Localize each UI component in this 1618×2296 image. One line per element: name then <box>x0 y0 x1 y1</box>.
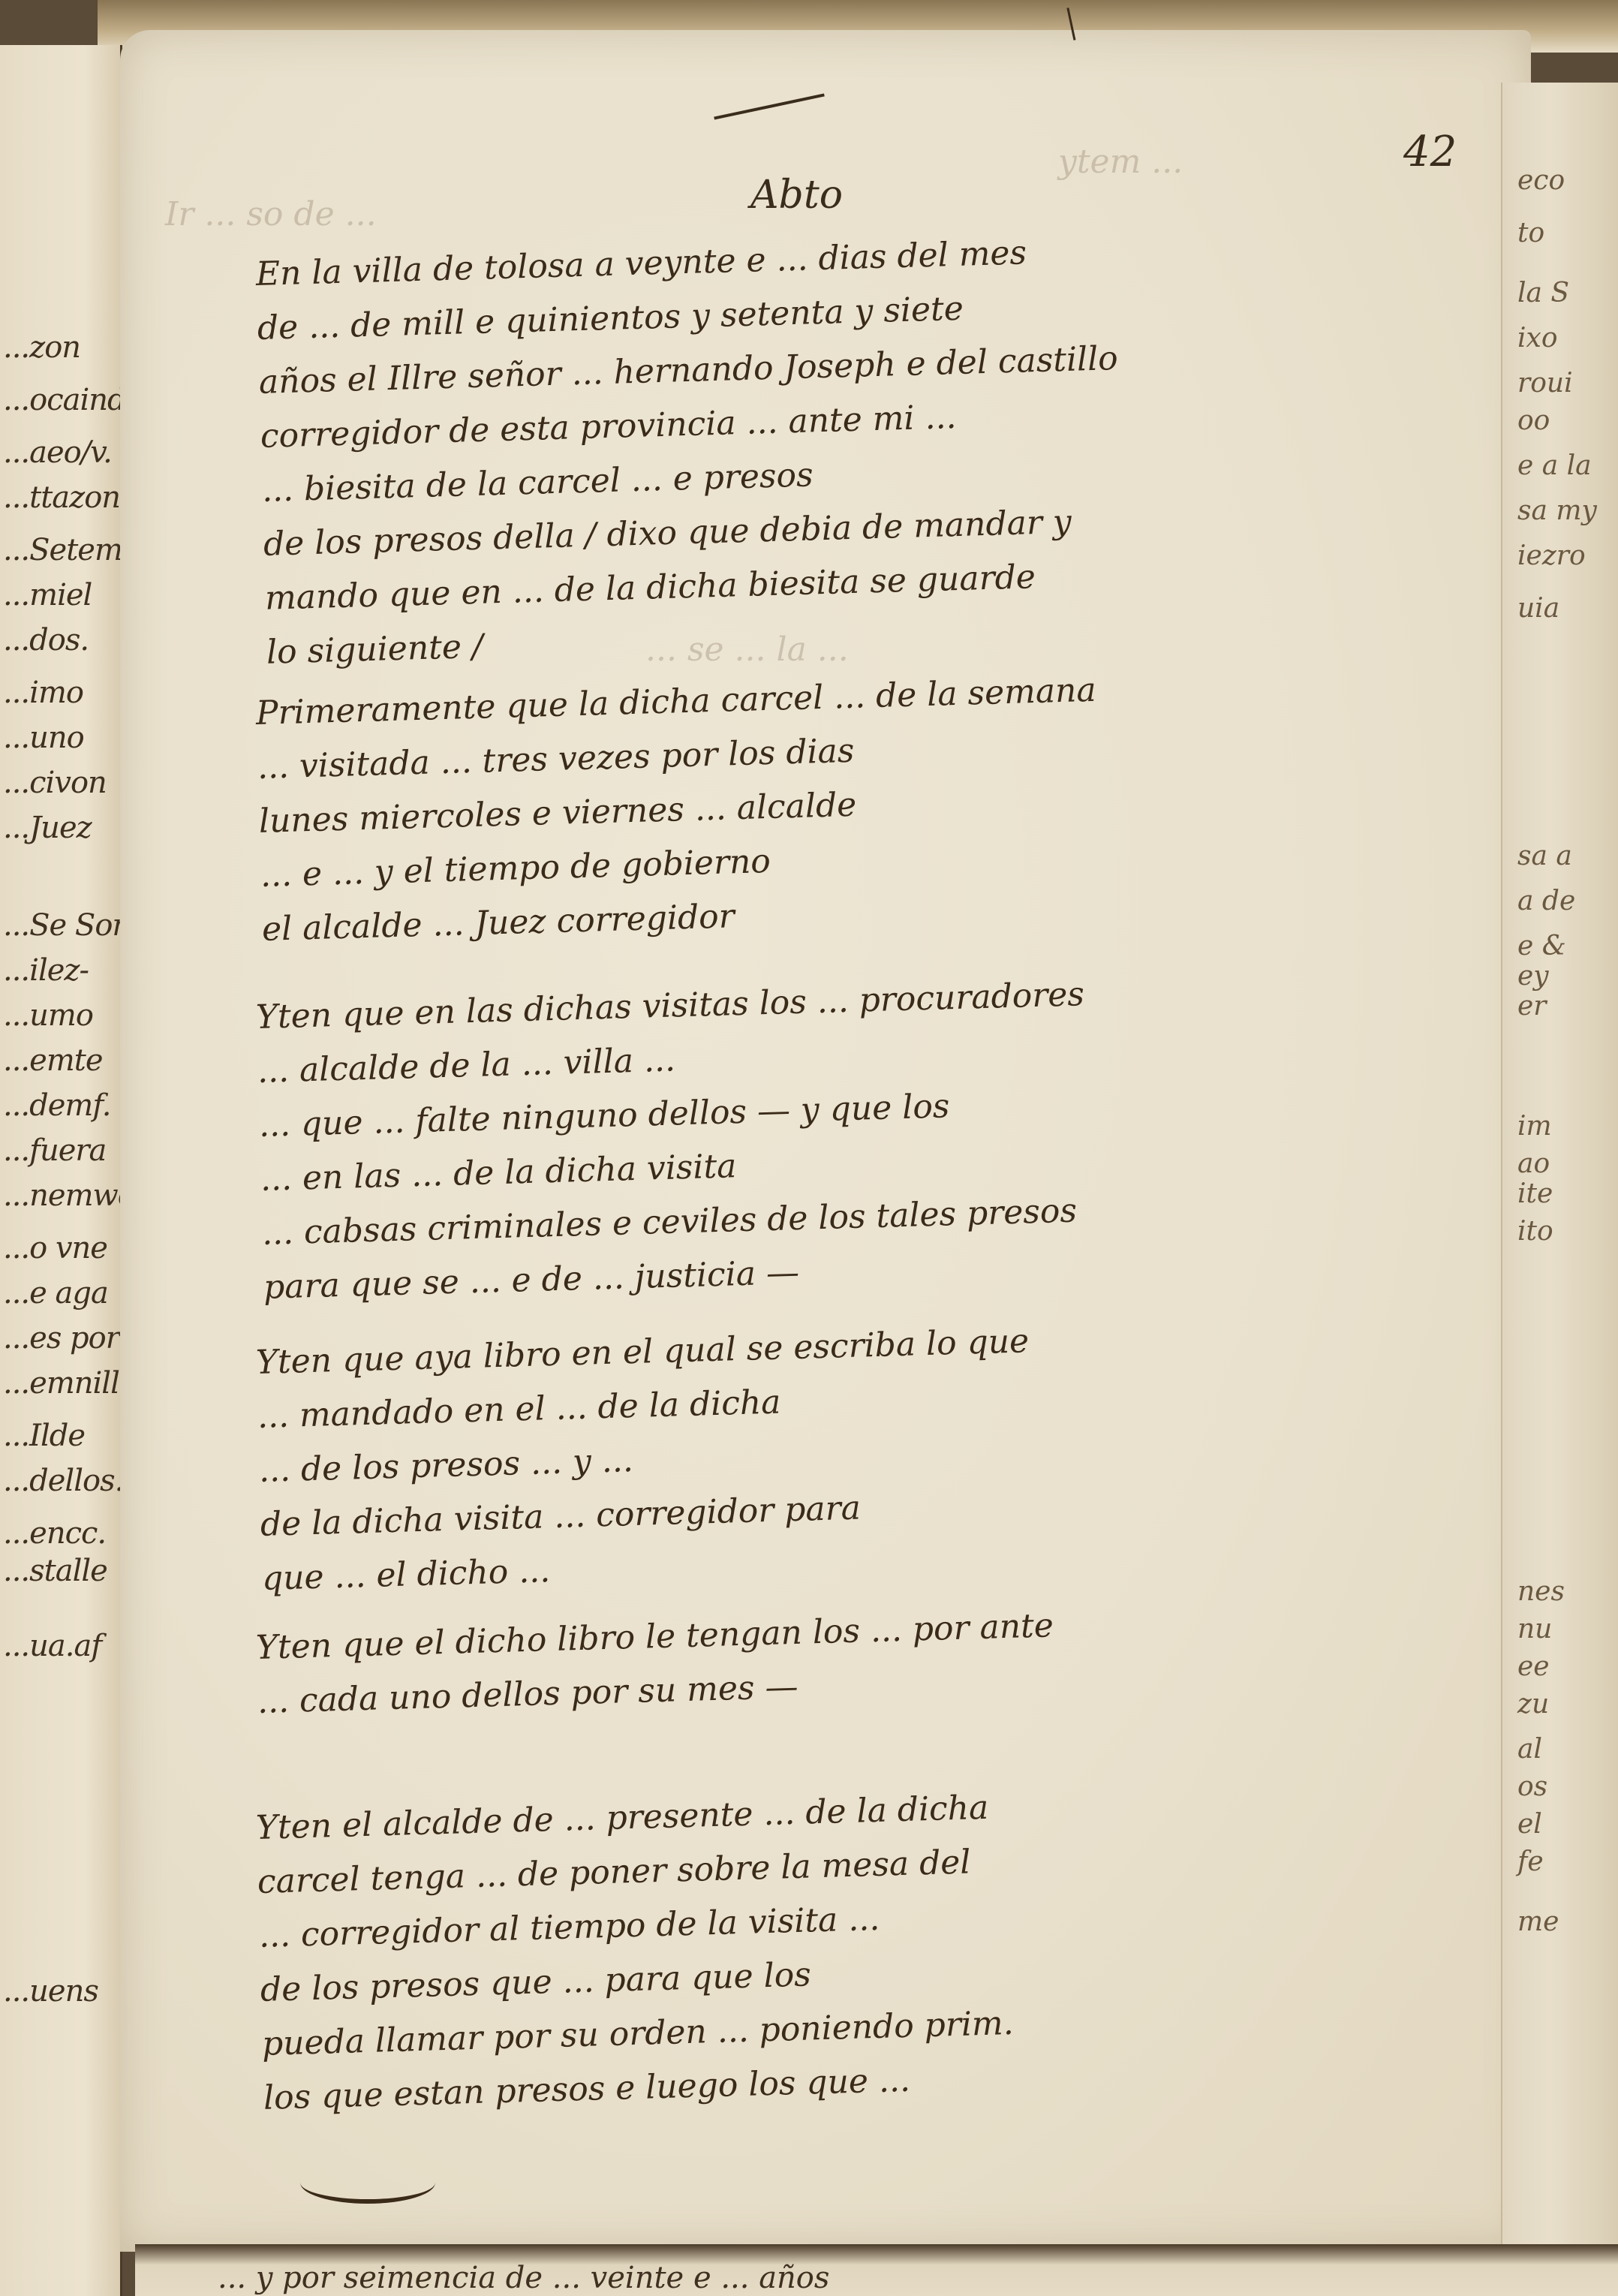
right-text-fragment: er <box>1517 991 1547 1022</box>
right-text-fragment: ito <box>1517 1216 1553 1247</box>
right-text-fragment: fe <box>1517 1846 1544 1877</box>
signature-rubric <box>300 2162 435 2204</box>
right-text-fragment: nu <box>1517 1614 1552 1645</box>
left-text-fragment: ...aeo/v. <box>3 435 112 470</box>
right-text-fragment: e a la <box>1517 450 1592 481</box>
left-text-fragment: ...stalle <box>3 1554 107 1588</box>
left-text-fragment: ...nemwe <box>3 1178 134 1213</box>
right-text-fragment: to <box>1517 218 1544 248</box>
right-text-fragment: ee <box>1517 1651 1550 1682</box>
folio-number: 42 <box>1403 128 1457 176</box>
left-text-fragment: ...emnille <box>3 1366 137 1401</box>
left-page-fragment: ...zon ...ocaind ...aeo/v. ...ttazon ...… <box>0 45 122 2296</box>
left-text-fragment: ...dos. <box>3 623 89 658</box>
right-text-fragment: a de <box>1517 886 1575 916</box>
right-text-fragment: la S <box>1517 278 1569 308</box>
left-text-fragment: ...ttazon <box>3 480 120 515</box>
ink-bleed-through: ytem ... <box>1058 143 1183 181</box>
right-text-fragment: sa a <box>1517 841 1572 871</box>
left-text-fragment: ...miel <box>3 578 92 612</box>
paragraph-3: Yten que en las dichas visitas los ... p… <box>255 957 1479 1315</box>
left-text-fragment: ...ilez- <box>3 953 89 988</box>
right-page-fragment: eco to la S ixo roui oo e a la sa my iez… <box>1501 83 1618 2296</box>
right-text-fragment: zu <box>1517 1689 1549 1720</box>
right-text-fragment: ey <box>1517 961 1549 992</box>
paragraph-1: En la villa de tolosa a veynte e ... dia… <box>255 214 1482 680</box>
right-text-fragment: iezro <box>1517 540 1586 571</box>
right-text-fragment: sa my <box>1517 495 1597 526</box>
left-text-fragment: ...emte <box>3 1043 103 1078</box>
left-text-fragment: ...Ilde <box>3 1419 85 1453</box>
left-text-fragment: ...Setem <box>3 533 122 567</box>
bottom-page-strip: ... y por seimencia de ... veinte e ... … <box>135 2244 1618 2296</box>
left-text-fragment: ...demf. <box>3 1088 110 1123</box>
paragraph-2: Primeramente que la dicha carcel ... de … <box>255 653 1478 957</box>
right-text-fragment: e & <box>1517 931 1566 961</box>
right-text-fragment: uia <box>1517 593 1559 624</box>
right-text-fragment: el <box>1517 1809 1542 1840</box>
right-text-fragment: oo <box>1517 405 1550 436</box>
right-text-fragment: ixo <box>1517 323 1558 354</box>
right-text-fragment: ite <box>1517 1178 1553 1209</box>
left-text-fragment: ...encc. <box>3 1516 106 1551</box>
left-text-fragment: ...imo <box>3 676 83 710</box>
left-text-fragment: ...fuera <box>3 1133 106 1168</box>
right-text-fragment: roui <box>1517 368 1573 399</box>
ink-bleed-through: Ir ... so de ... <box>165 195 377 233</box>
cross-mark-icon <box>714 93 825 119</box>
paragraph-6: Yten el alcalde de ... presente ... de l… <box>255 1768 1479 2126</box>
left-text-fragment: ...ocaind <box>3 383 126 417</box>
right-text-fragment: al <box>1517 1734 1542 1765</box>
left-text-fragment: ...umo <box>3 998 93 1033</box>
left-text-fragment: ...Juez <box>3 811 92 845</box>
left-text-fragment: ...zon <box>3 330 80 365</box>
right-text-fragment: os <box>1517 1771 1547 1802</box>
left-text-fragment: ...e aga <box>3 1276 108 1310</box>
right-text-fragment: ao <box>1517 1148 1550 1179</box>
left-text-fragment: ...uens <box>3 1974 98 2009</box>
left-text-fragment: ...ua.af <box>3 1629 101 1663</box>
right-text-fragment: nes <box>1517 1576 1565 1607</box>
left-text-fragment: ...es por <box>3 1321 119 1356</box>
paragraph-4: Yten que aya libro en el qual se escriba… <box>255 1302 1478 1606</box>
left-text-fragment: ...o vne <box>3 1231 107 1265</box>
right-text-fragment: eco <box>1517 165 1565 196</box>
document-heading: Abto <box>750 173 843 218</box>
right-text-fragment: me <box>1517 1906 1559 1937</box>
left-text-fragment: ...dellos. <box>3 1464 123 1498</box>
bottom-text-fragment: ... y por seimencia de ... veinte e ... … <box>218 2261 829 2295</box>
right-text-fragment: im <box>1517 1111 1552 1142</box>
left-text-fragment: ...uno <box>3 721 84 755</box>
left-text-fragment: ...civon <box>3 766 107 800</box>
